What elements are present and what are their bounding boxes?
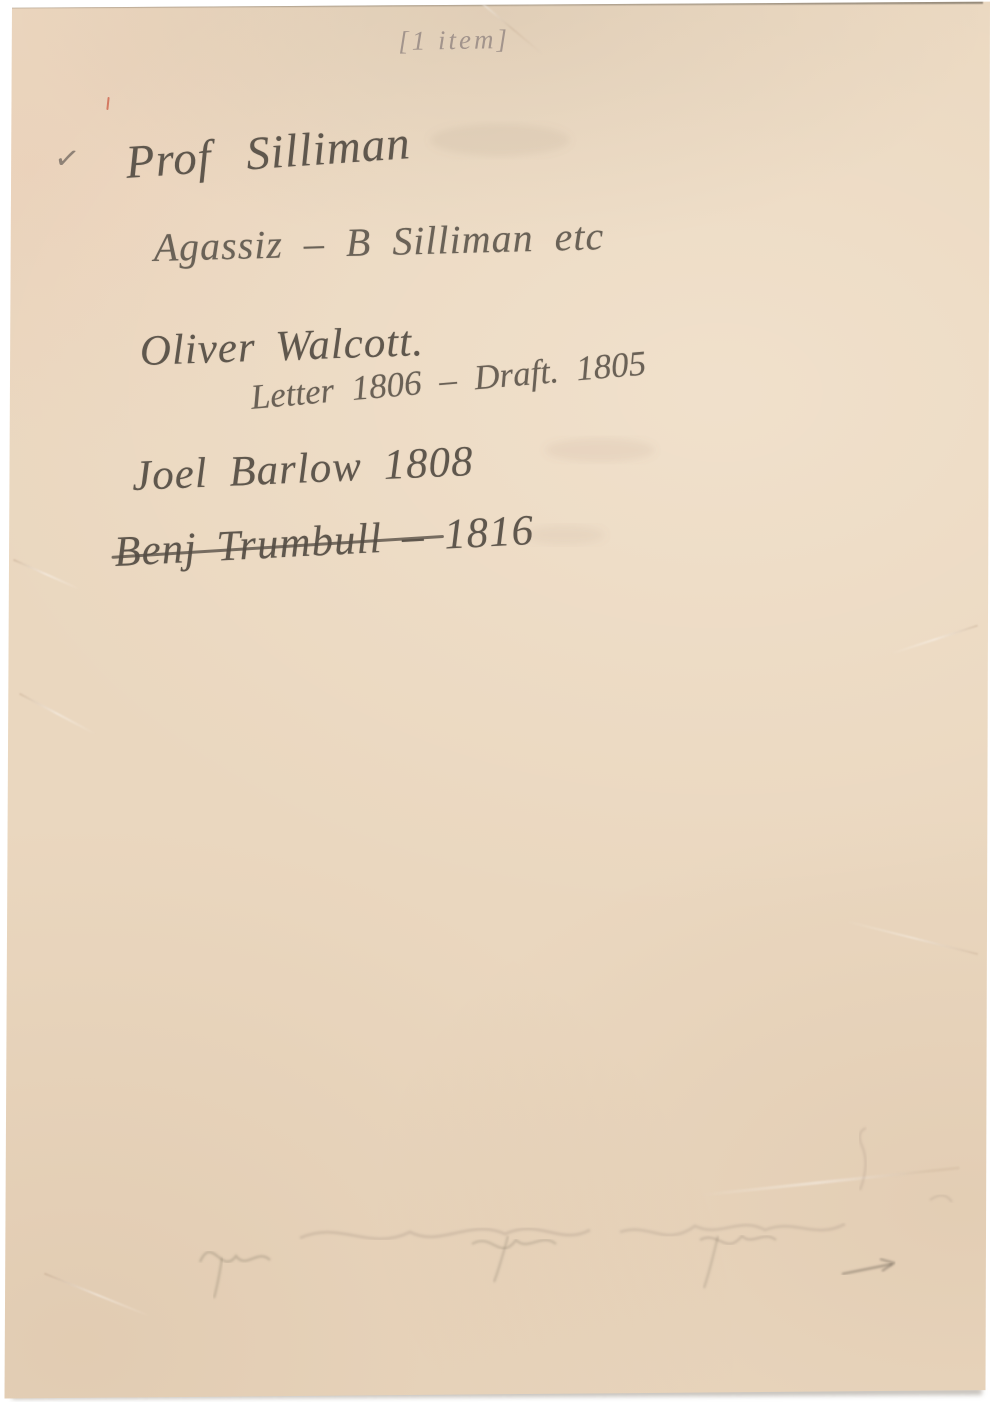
manuscript-page: [1 item] ✓ Prof Silliman Agassiz – B Sil… xyxy=(0,0,1000,1402)
scan-background: [1 item] ✓ Prof Silliman Agassiz – B Sil… xyxy=(0,0,1000,1402)
erased-pencil-marks xyxy=(0,0,1000,1402)
